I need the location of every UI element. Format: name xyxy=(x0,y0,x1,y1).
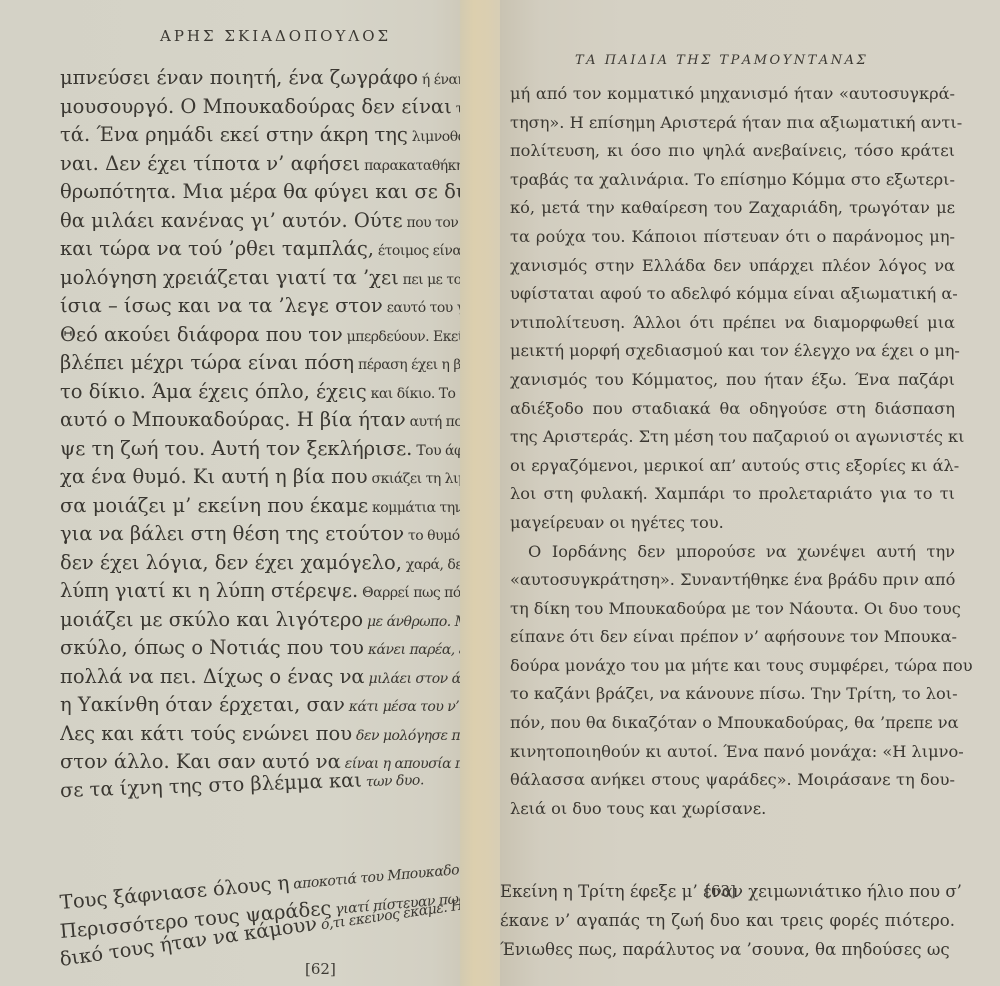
text-line: αδιέξοδο που σταδιακά θα οδηγούσε στη δι… xyxy=(510,395,955,424)
text-line: τά. Ένα ρημάδι εκεί στην άκρη της λιμνοθ… xyxy=(60,121,470,150)
text-line: ψε τη ζωή του. Αυτή τον ξεκλήρισε. Του ά… xyxy=(60,435,470,464)
text-line: βλέπει μέχρι τώρα είναι πόση πέραση έχει… xyxy=(60,349,470,378)
text-line: το καζάνι βράζει, να κάνουνε πίσω. Την Τ… xyxy=(510,680,955,709)
text-line: είπανε ότι δεν είναι πρέπον ν’ αφήσουνε … xyxy=(510,623,955,652)
text-line: ναι. Δεν έχει τίποτα ν’ αφήσει παρακαταθ… xyxy=(60,150,470,179)
section-break xyxy=(510,823,955,878)
text-line: Ένιωθες πως, παράλυτος να ’σουνα, θα πηδ… xyxy=(500,936,955,965)
text-line: τη δίκη του Μπουκαδούρα με τον Νάουτα. Ο… xyxy=(510,595,955,624)
text-line: για να βάλει στη θέση της ετούτον το θυμ… xyxy=(60,520,470,549)
text-line: δεν έχει λόγια, δεν έχει χαμόγελο, χαρά,… xyxy=(60,549,470,578)
text-line: κό, μετά την καθαίρεση του Ζαχαριάδη, τρ… xyxy=(510,194,955,223)
text-line: «αυτοσυγκράτηση». Συναντήθηκε ένα βράδυ … xyxy=(510,566,955,595)
text-line: μπνεύσει έναν ποιητή, ένα ζωγράφο ή έναν… xyxy=(60,64,470,93)
text-line: η Υακίνθη όταν έρχεται, σαν κάτι μέσα το… xyxy=(60,691,470,720)
text-line: πολίτευση, κι όσο πιο ψηλά ανεβαίνεις, τ… xyxy=(510,137,955,166)
text-line: αυτό ο Μπουκαδούρας. Η βία ήταν αυτή που… xyxy=(60,406,470,435)
text-line: μουσουργό. Ο Μπουκαδούρας δεν είναι τίπο… xyxy=(60,93,470,122)
text-line: έκανε ν’ αγαπάς τη ζωή δυο και τρεις φορ… xyxy=(500,907,955,936)
text-line: μεικτή μορφή σχεδιασμού και τον έλεγχο ν… xyxy=(510,337,955,366)
text-line: ίσια – ίσως και να τα ’λεγε στον εαυτό τ… xyxy=(60,292,470,321)
text-line: υφίσταται αφού το αδελφό κόμμα είναι αξι… xyxy=(510,280,955,309)
text-line: χα ένα θυμό. Κι αυτή η βία που σκιάζει τ… xyxy=(60,463,470,492)
text-line: χανισμός του Κόμματος, που ήταν έξω. Ένα… xyxy=(510,366,955,395)
text-line: τα ρούχα του. Κάποιοι πίστευαν ότι ο παρ… xyxy=(510,223,955,252)
text-line: λειά οι δυο τους και χωρίσανε. xyxy=(510,795,955,824)
open-book-spread: ΑΡΗΣ ΣΚΙΑΔΟΠΟΥΛΟΣ μπνεύσει έναν ποιητή, … xyxy=(0,0,1000,986)
text-line: οι εργαζόμενοι, μερικοί απ’ αυτούς στις … xyxy=(510,452,955,481)
text-line: μολόγηση χρειάζεται γιατί τα ’χει πει με… xyxy=(60,264,470,293)
running-head-author: ΑΡΗΣ ΣΚΙΑΔΟΠΟΥΛΟΣ xyxy=(160,27,391,45)
text-line: μή από τον κομματικό μηχανισμό ήταν «αυτ… xyxy=(510,80,955,109)
text-line: το δίκιο. Άμα έχεις όπλο, έχεις και δίκι… xyxy=(60,378,470,407)
text-line: λοι στη φυλακή. Χαμπάρι το προλεταριάτο … xyxy=(510,480,955,509)
text-line: μαγείρευαν οι ηγέτες του. xyxy=(510,509,955,538)
right-page-body: μή από τον κομματικό μηχανισμό ήταν «αυτ… xyxy=(510,80,955,964)
running-head-title: ΤΑ ΠΑΙΔΙΑ ΤΗΣ ΤΡΑΜΟΥΝΤΑΝΑΣ xyxy=(575,53,868,68)
text-line: Ο Ιορδάνης δεν μπορούσε να χωνέψει αυτή … xyxy=(510,538,955,567)
text-line: μοιάζει με σκύλο και λιγότερο με άνθρωπο… xyxy=(60,606,470,635)
text-line: Θεό ακούει διάφορα που τον μπερδεύουν. Ε… xyxy=(60,321,470,350)
page-number-right: [63] xyxy=(705,882,736,900)
text-line: τηση». Η επίσημη Αριστερά ήταν πια αξιωμ… xyxy=(510,109,955,138)
text-line: πόν, που θα δικαζόταν ο Μπουκαδούρας, θα… xyxy=(510,709,955,738)
text-line: σκύλο, όπως ο Νοτιάς που του κάνει παρέα… xyxy=(60,634,470,663)
text-line: κινητοποιηθούν κι αυτοί. Ένα πανό μονάχα… xyxy=(510,738,955,767)
text-line: της Αριστεράς. Στη μέση του παζαριού οι … xyxy=(510,423,955,452)
left-page-body: μπνεύσει έναν ποιητή, ένα ζωγράφο ή έναν… xyxy=(60,64,470,975)
text-line: πολλά να πει. Δίχως ο ένας να μιλάει στο… xyxy=(60,663,470,692)
text-line: και τώρα να τού ’ρθει ταμπλάς, έτοιμος ε… xyxy=(60,235,470,264)
text-line: θα μιλάει κανένας γι’ αυτόν. Ούτε που το… xyxy=(60,207,470,236)
left-page: ΑΡΗΣ ΣΚΙΑΔΟΠΟΥΛΟΣ μπνεύσει έναν ποιητή, … xyxy=(0,0,468,986)
text-line: θρωπότητα. Μια μέρα θα φύγει και σε δυο … xyxy=(60,178,470,207)
page-number-left: [62] xyxy=(305,960,336,978)
text-line: Λες και κάτι τούς ενώνει που δεν μολόγησ… xyxy=(60,720,470,749)
text-line: δούρα μονάχο του μα μήτε και τους συμφέρ… xyxy=(510,652,955,681)
text-line: λύπη γιατί κι η λύπη στέρεψε. Θαρρεί πως… xyxy=(60,577,470,606)
text-line: ντιπολίτευση. Άλλοι ότι πρέπει να διαμορ… xyxy=(510,309,955,338)
text-line: χανισμός στην Ελλάδα δεν υπάρχει πλέον λ… xyxy=(510,252,955,281)
text-line: σα μοιάζει μ’ εκείνη που έκαμε κομμάτια … xyxy=(60,492,470,521)
text-line: τραβάς τα χαλινάρια. Το επίσημο Κόμμα στ… xyxy=(510,166,955,195)
text-line: θάλασσα ανήκει στους ψαράδες». Μοιράσανε… xyxy=(510,766,955,795)
